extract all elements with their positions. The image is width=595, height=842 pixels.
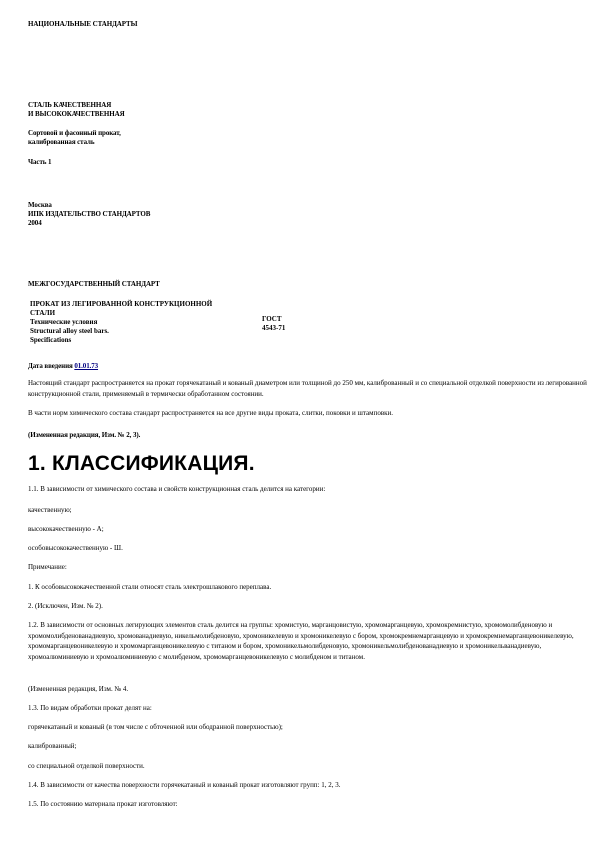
category-extra-high-quality: особовысококачественную - Ш. <box>28 543 588 554</box>
cover-year: 2004 <box>28 219 42 228</box>
gost-number: 4543-71 <box>262 324 285 333</box>
clause-1-3: 1.3. По видам обработки прокат делят на: <box>28 703 588 714</box>
clause-1-3-item-b: калиброванный; <box>28 741 588 752</box>
series-header: НАЦИОНАЛЬНЫЕ СТАНДАРТЫ <box>28 20 137 29</box>
clause-1-2-revision: (Измененная редакция, Изм. № 4. <box>28 684 588 695</box>
clause-1-1: 1.1. В зависимости от химического состав… <box>28 484 588 495</box>
cover-publisher: ИПК ИЗДАТЕЛЬСТВО СТАНДАРТОВ <box>28 210 150 219</box>
cover-city: Москва <box>28 201 52 210</box>
standard-kind: МЕЖГОСУДАРСТВЕННЫЙ СТАНДАРТ <box>28 280 160 289</box>
standard-title-line2: СТАЛИ <box>30 309 55 318</box>
clause-1-3-item-c: со специальной отделкой поверхности. <box>28 761 588 772</box>
english-title-line1: Structural alloy steel bars. <box>30 327 109 336</box>
cover-part: Часть 1 <box>28 158 51 167</box>
standard-title-line1: ПРОКАТ ИЗ ЛЕГИРОВАННОЙ КОНСТРУКЦИОННОЙ <box>30 300 212 309</box>
section-1-heading: 1. КЛАССИФИКАЦИЯ. <box>28 452 255 476</box>
intro-revision-note: (Измененная редакция, Изм. № 2, 3). <box>28 431 140 440</box>
intro-paragraph-1: Настоящий стандарт распространяется на п… <box>28 378 588 400</box>
category-quality: качественную; <box>28 505 588 516</box>
clause-1-5: 1.5. По состоянию материала прокат изгот… <box>28 799 588 810</box>
cover-title-line2: И ВЫСОКОКАЧЕСТВЕННАЯ <box>28 110 125 119</box>
note-1: 1. К особовысококачественной стали относ… <box>28 582 588 593</box>
tech-conditions: Технические условия <box>30 318 97 327</box>
clause-1-3-item-a: горячекатаный и кованый (в том числе с о… <box>28 722 588 733</box>
note-title: Примечание: <box>28 562 588 573</box>
english-title-line2: Specifications <box>30 336 71 345</box>
note-2: 2. (Исключен, Изм. № 2). <box>28 601 588 612</box>
intro-date-link[interactable]: 01.01.73 <box>74 362 98 370</box>
cover-subtitle-line2: калиброванная сталь <box>28 138 94 147</box>
clause-1-2: 1.2. В зависимости от основных легирующи… <box>28 620 588 662</box>
intro-date: Дата введения 01.01.73 <box>28 362 98 371</box>
intro-date-label: Дата введения <box>28 362 73 370</box>
category-high-quality: высококачественную - А; <box>28 524 588 535</box>
intro-paragraph-2: В части норм химического состава стандар… <box>28 408 588 419</box>
clause-1-4: 1.4. В зависимости от качества поверхнос… <box>28 780 588 791</box>
gost-label: ГОСТ <box>262 315 282 324</box>
cover-subtitle-line1: Сортовой и фасонный прокат, <box>28 129 121 138</box>
cover-title-line1: СТАЛЬ КАЧЕСТВЕННАЯ <box>28 101 111 110</box>
